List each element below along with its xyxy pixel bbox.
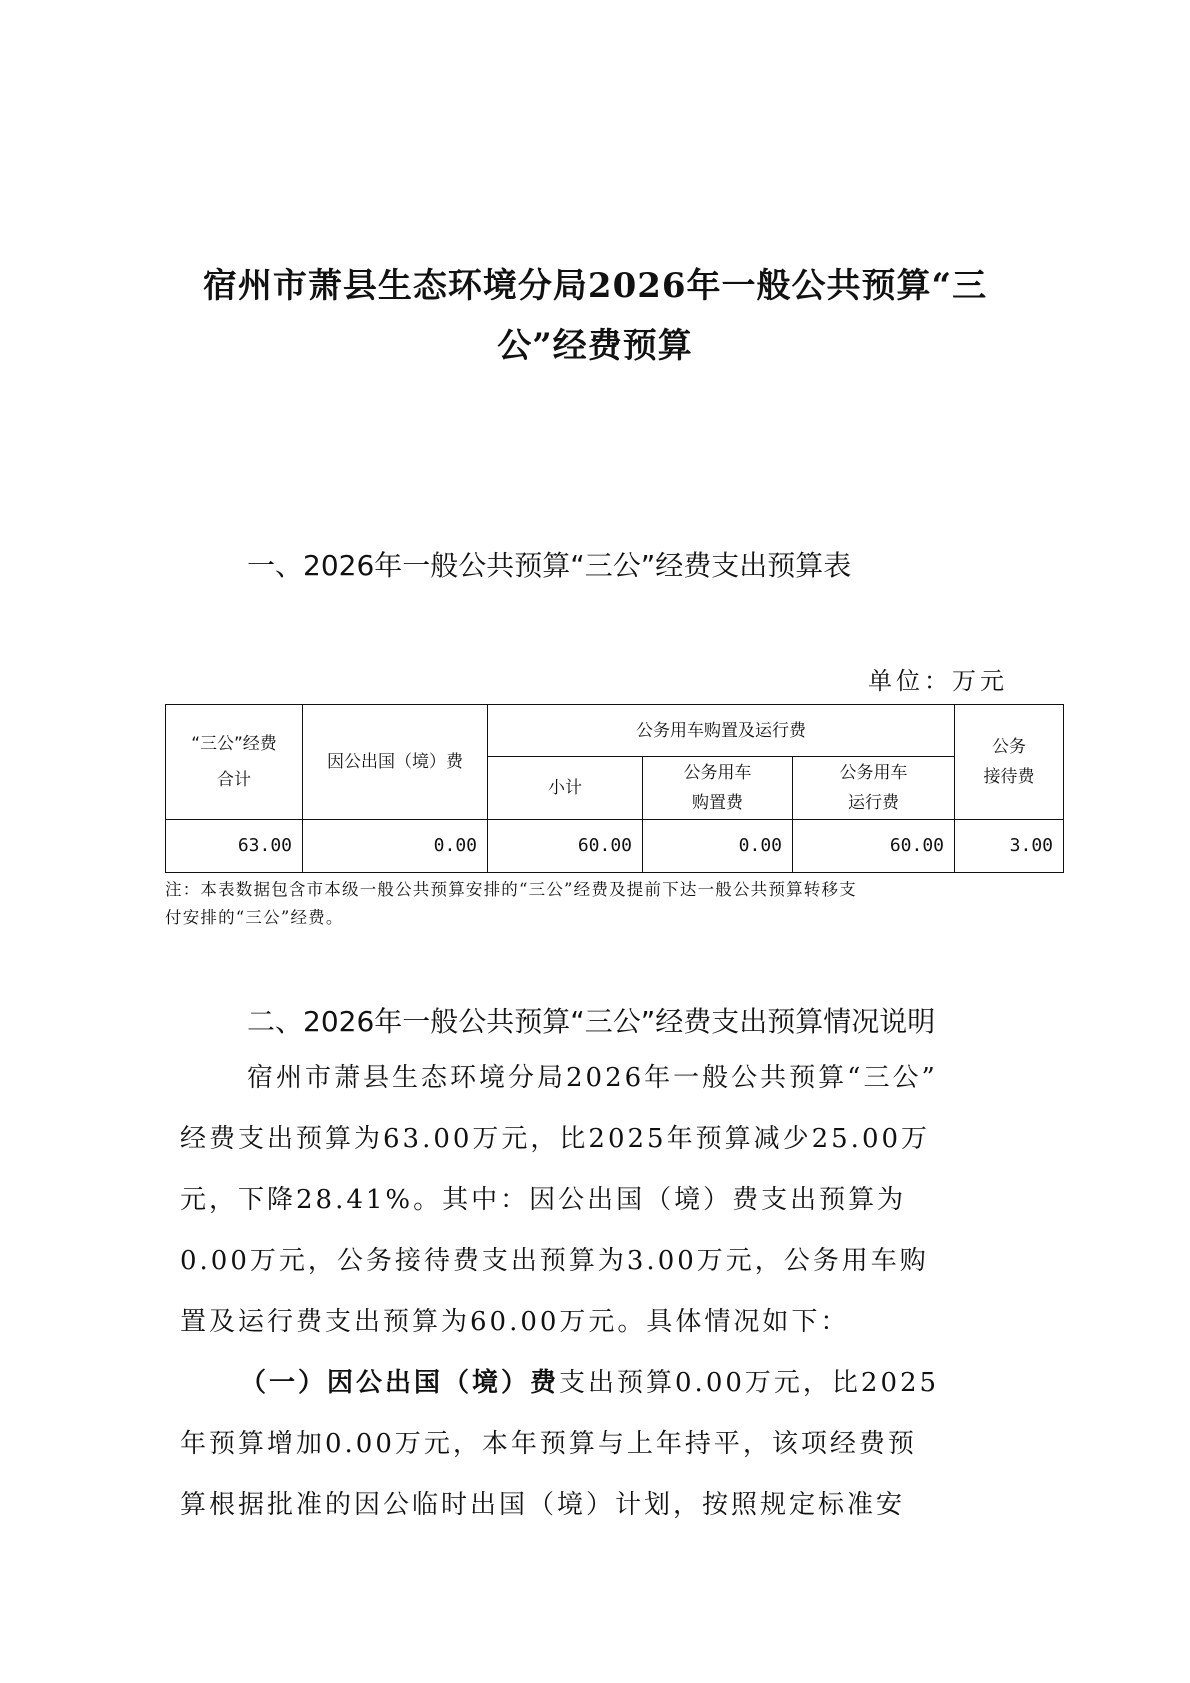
cell-vehicle-operation: 60.00 [793,820,955,873]
paragraph-line: 宿州市萧县生态环境分局2026年一般公共预算“三公” [180,1048,1010,1109]
paragraph-abroad: （一）因公出国（境）费支出预算0.00万元，比2025 年预算增加0.00万元，… [180,1353,1010,1536]
title-line-2: 公”经费预算 [0,316,1190,376]
header-vehicle-operation: 公务用车 运行费 [793,757,955,820]
title-line-1: 宿州市萧县生态环境分局2026年一般公共预算“三 [0,256,1190,316]
paragraph-line: （一）因公出国（境）费支出预算0.00万元，比2025 [180,1353,1010,1414]
paragraph-line: 年预算增加0.00万元，本年预算与上年持平，该项经费预 [180,1414,1010,1475]
note-line-2: 付安排的“三公”经费。 [165,904,1065,932]
header-reception-line2: 接待费 [955,762,1063,792]
subsection-text: 支出预算0.00万元，比2025 [559,1368,939,1398]
section1-heading: 一、2026年一般公共预算“三公”经费支出预算表 [247,546,851,586]
cell-vehicle-purchase: 0.00 [643,820,793,873]
unit-label: 单位：万元 [868,663,1008,699]
note-line-1: 注：本表数据包含市本级一般公共预算安排的“三公”经费及提前下达一般公共预算转移支 [165,876,1065,904]
paragraph-line: 算根据批准的因公临时出国（境）计划，按照规定标准安 [180,1475,1010,1536]
header-reception: 公务 接待费 [955,705,1064,820]
header-abroad: 因公出国（境）费 [303,705,488,820]
header-vehicle-group: 公务用车购置及运行费 [488,705,955,757]
header-reception-line1: 公务 [955,732,1063,762]
paragraph-line: 置及运行费支出预算为60.00万元。具体情况如下： [180,1292,1010,1353]
budget-table: “三公”经费 合计 因公出国（境）费 公务用车购置及运行费 公务 接待费 小计 … [165,704,1064,873]
paragraph-line: 经费支出预算为63.00万元，比2025年预算减少25.00万 [180,1109,1010,1170]
header-total: “三公”经费 合计 [166,705,303,820]
paragraph-summary: 宿州市萧县生态环境分局2026年一般公共预算“三公” 经费支出预算为63.00万… [180,1048,1010,1353]
header-vehicle-operation-line1: 公务用车 [793,758,954,788]
header-total-line2: 合计 [166,765,302,795]
section2-heading: 二、2026年一般公共预算“三公”经费支出预算情况说明 [247,1002,935,1042]
header-vehicle-purchase-line2: 购置费 [643,788,792,818]
header-vehicle-purchase-line1: 公务用车 [643,758,792,788]
paragraph-line: 元，下降28.41%。其中：因公出国（境）费支出预算为 [180,1170,1010,1231]
subsection-lead: （一）因公出国（境）费 [240,1368,559,1398]
cell-reception: 3.00 [955,820,1064,873]
header-total-line1: “三公”经费 [166,729,302,759]
cell-total: 63.00 [166,820,303,873]
cell-vehicle-subtotal: 60.00 [488,820,643,873]
table-row: 63.00 0.00 60.00 0.00 60.00 3.00 [166,820,1064,873]
paragraph-line: 0.00万元，公务接待费支出预算为3.00万元，公务用车购 [180,1231,1010,1292]
cell-abroad: 0.00 [303,820,488,873]
header-vehicle-purchase: 公务用车 购置费 [643,757,793,820]
table-note: 注：本表数据包含市本级一般公共预算安排的“三公”经费及提前下达一般公共预算转移支… [165,876,1065,932]
header-vehicle-operation-line2: 运行费 [793,788,954,818]
header-vehicle-subtotal: 小计 [488,757,643,820]
